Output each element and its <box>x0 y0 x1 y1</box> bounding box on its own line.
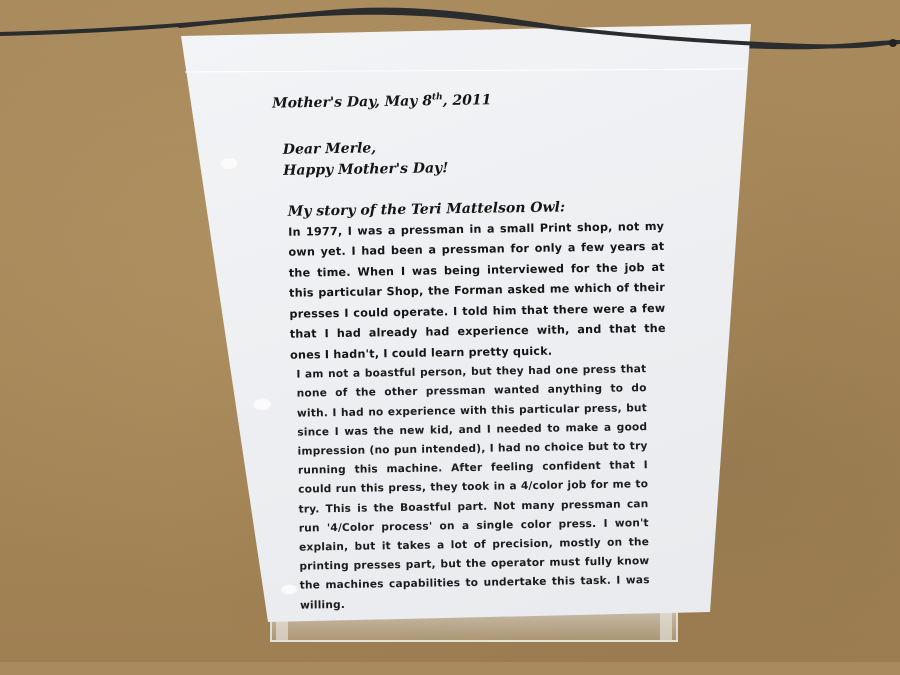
letter-title: My story of the Teri Mattelson Owl: <box>288 197 674 219</box>
letter-content: Mother's Day, May 8th, 2011 Dear Merle, … <box>272 89 680 616</box>
acrylic-stand <box>270 612 678 642</box>
letter-paragraph: In 1977, I was a pressman in a small Pri… <box>288 217 666 366</box>
letter-paragraph: I am not a boastful person, but they had… <box>296 360 650 615</box>
